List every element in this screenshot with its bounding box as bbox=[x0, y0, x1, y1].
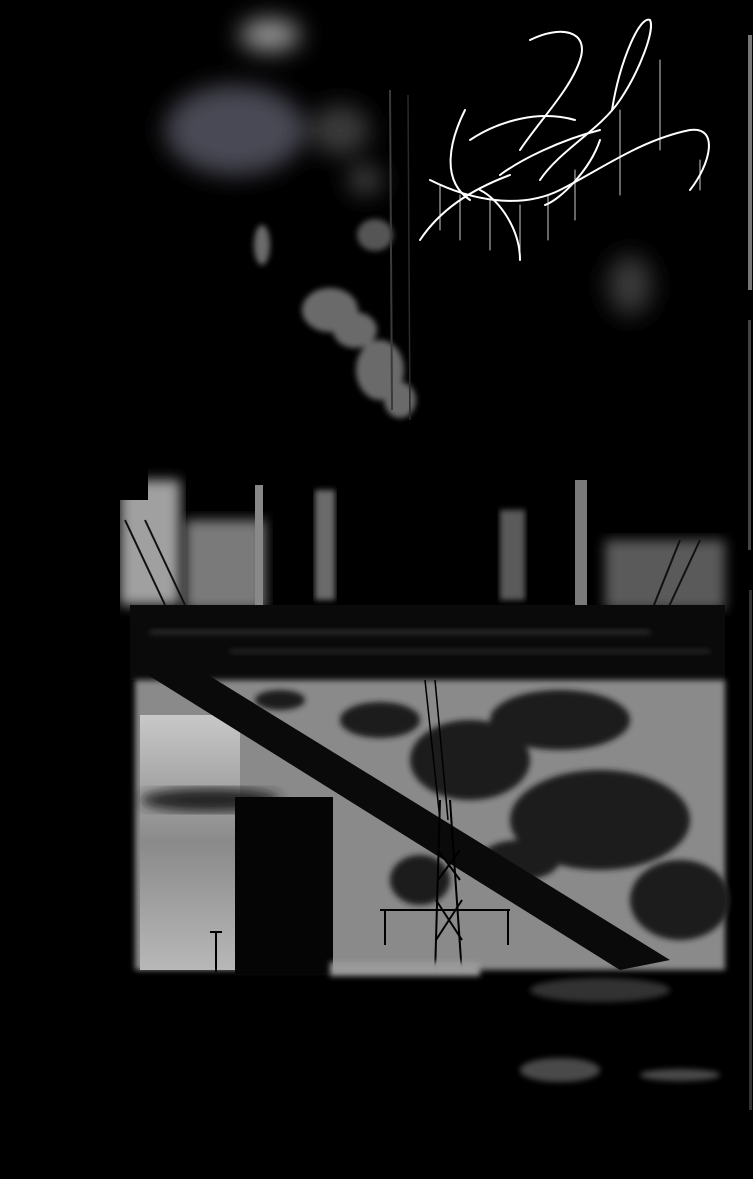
right-edge-strip bbox=[748, 35, 752, 290]
doorway bbox=[235, 797, 333, 974]
floor-slab bbox=[130, 605, 725, 680]
photo-scene bbox=[0, 0, 753, 1179]
photograph bbox=[0, 0, 753, 1179]
